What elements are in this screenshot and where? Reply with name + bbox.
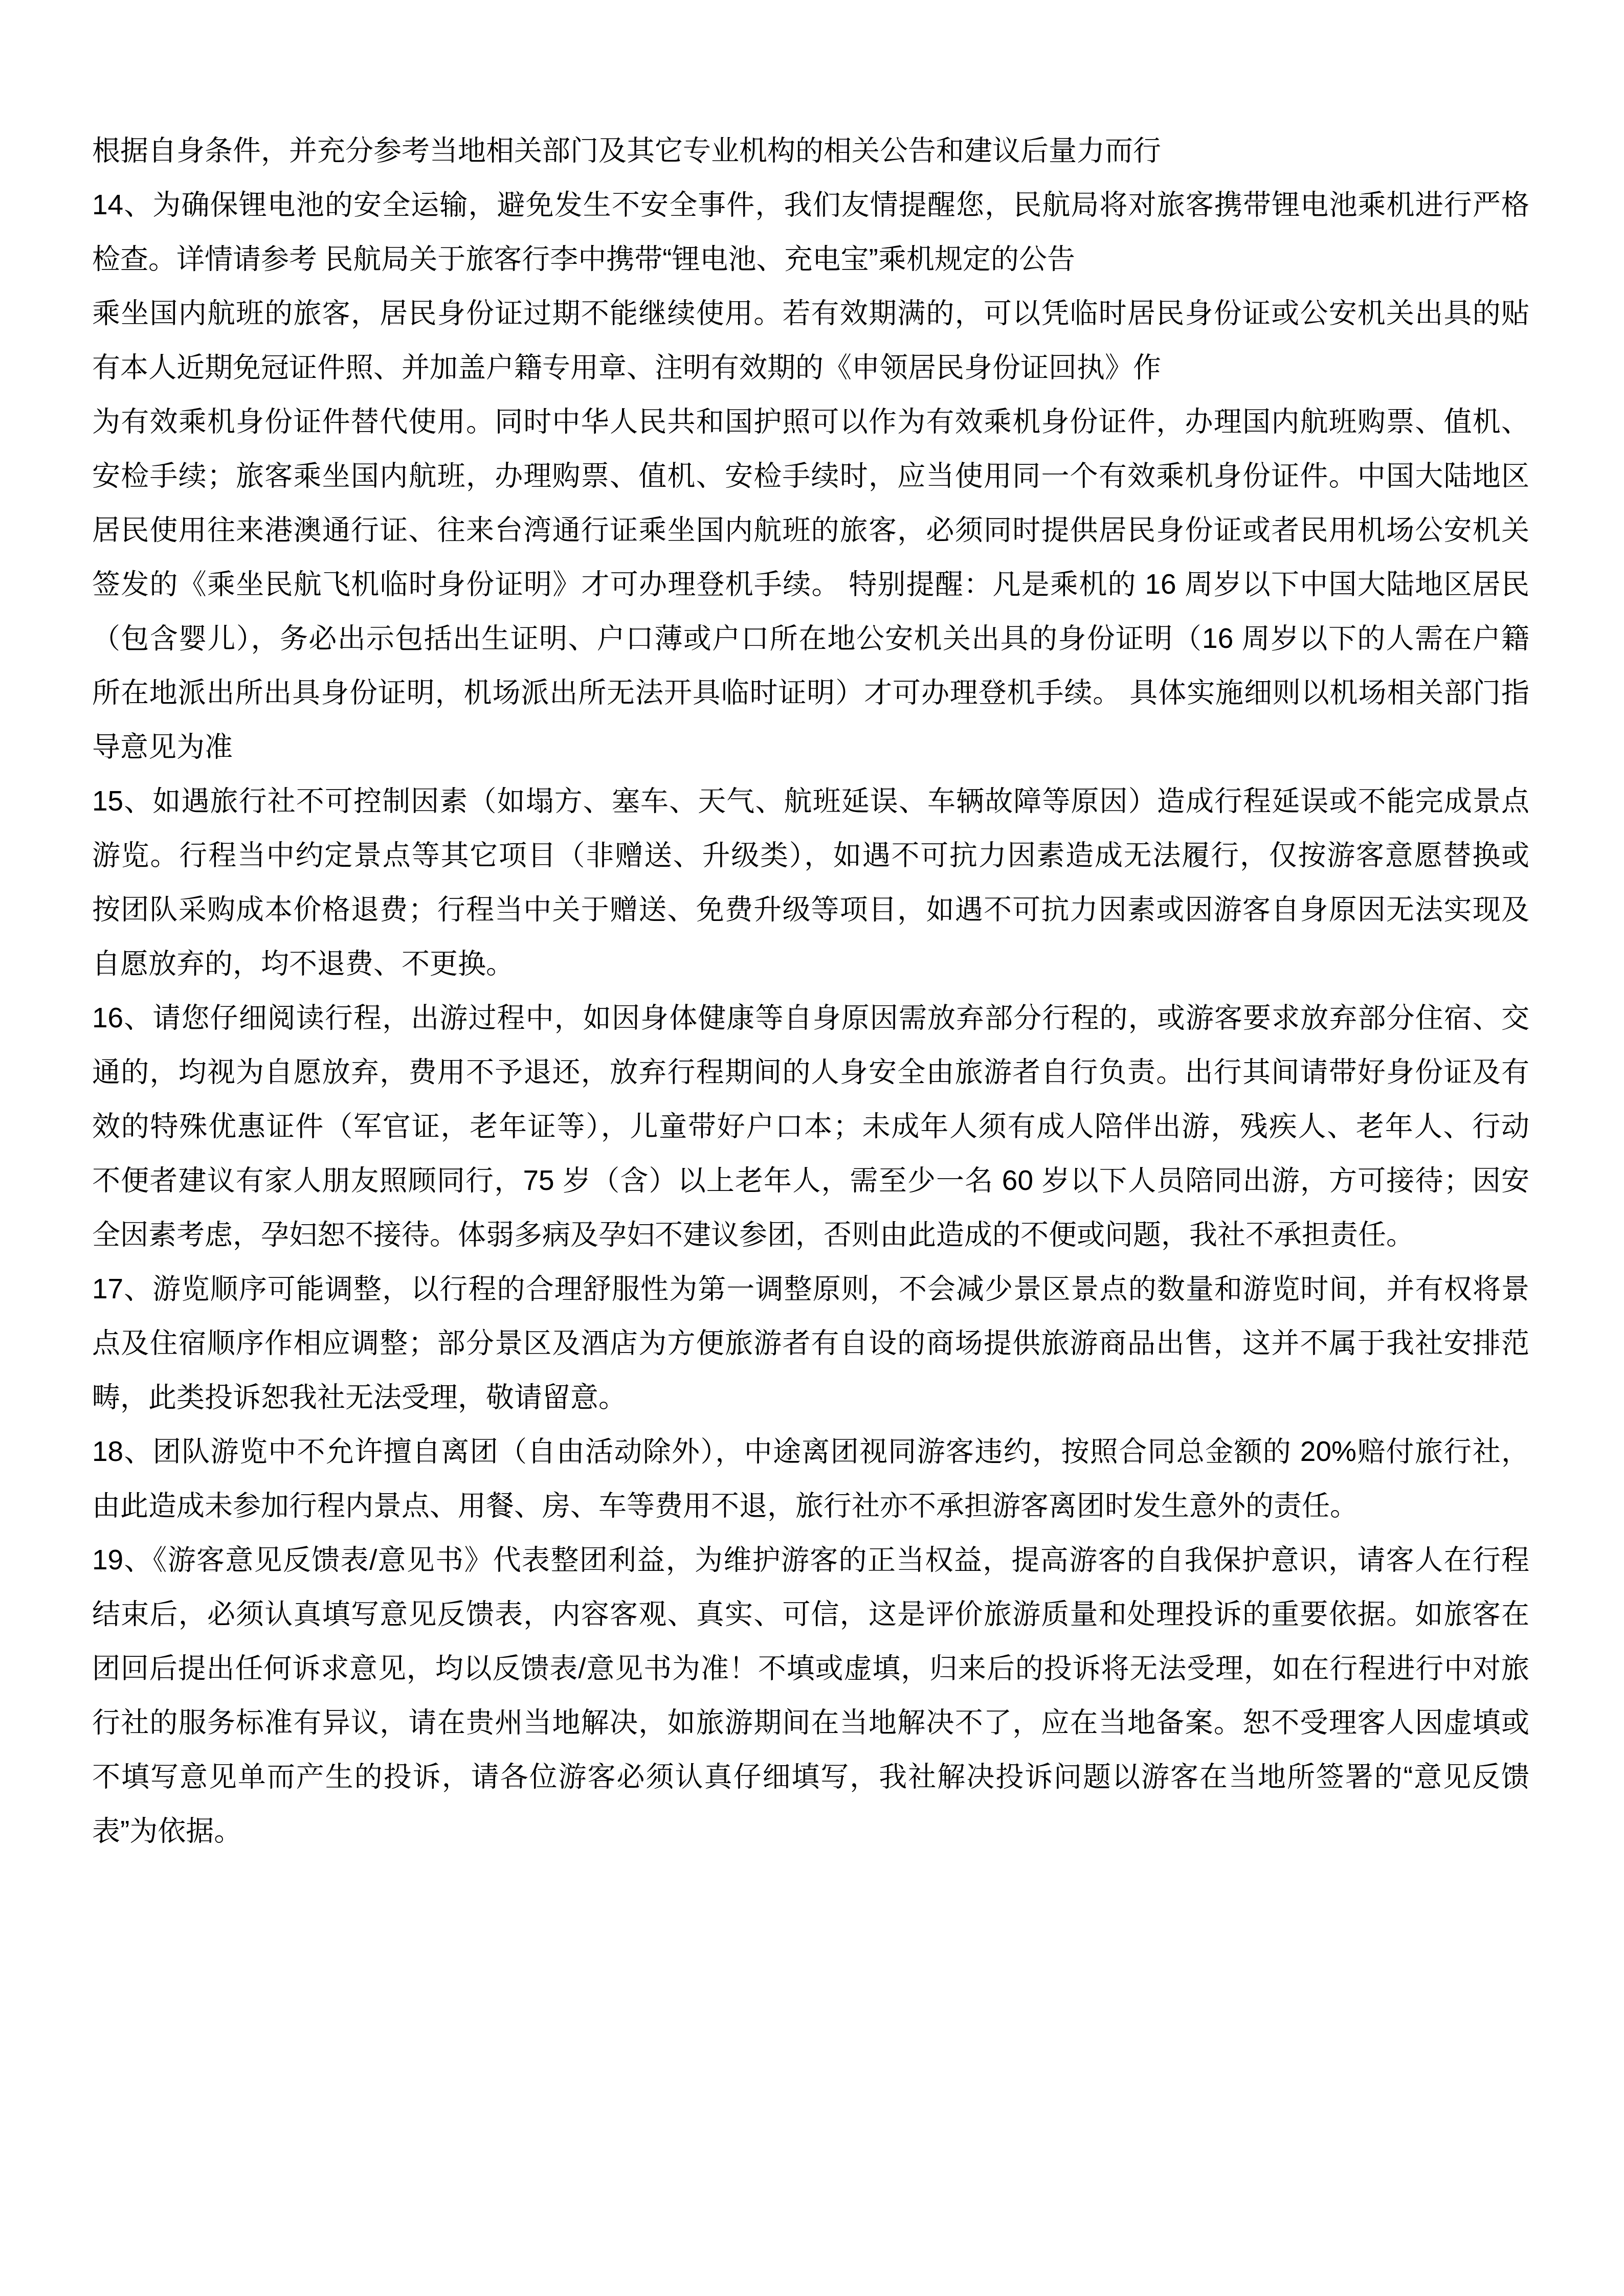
text-line: 效的特殊优惠证件（军官证，老年证等），儿童带好户口本；未成年人须有成人陪伴出游，… [92, 1099, 1529, 1153]
text-line: 按团队采购成本价格退费；行程当中关于赠送、免费升级等项目，如遇不可抗力因素或因游… [92, 882, 1529, 936]
text-line: 表”为依据。 [92, 1804, 1529, 1858]
text-line: 乘坐国内航班的旅客，居民身份证过期不能继续使用。若有效期满的，可以凭临时居民身份… [92, 286, 1529, 340]
text-line: 点及住宿顺序作相应调整；部分景区及酒店为方便旅游者有自设的商场提供旅游商品出售，… [92, 1316, 1529, 1370]
text-line: 由此造成未参加行程内景点、用餐、房、车等费用不退，旅行社亦不承担游客离团时发生意… [92, 1478, 1529, 1533]
text-line: 畴，此类投诉恕我社无法受理，敬请留意。 [92, 1370, 1529, 1424]
text-line: 不填写意见单而产生的投诉，请各位游客必须认真仔细填写，我社解决投诉问题以游客在当… [92, 1749, 1529, 1804]
text-line: （包含婴儿），务必出示包括出生证明、户口薄或户口所在地公安机关出具的身份证明（1… [92, 611, 1529, 665]
text-line: 不便者建议有家人朋友照顾同行，75 岁（含）以上老年人，需至少一名 60 岁以下… [92, 1153, 1529, 1207]
text-line: 团回后提出任何诉求意见，均以反馈表/意见书为准！不填或虚填，归来后的投诉将无法受… [92, 1641, 1529, 1695]
text-line: 自愿放弃的，均不退费、不更换。 [92, 936, 1529, 991]
text-line: 有本人近期免冠证件照、并加盖户籍专用章、注明有效期的《申领居民身份证回执》作 [92, 340, 1529, 394]
text-line: 17、游览顺序可能调整，以行程的合理舒服性为第一调整原则，不会减少景区景点的数量… [92, 1262, 1529, 1316]
text-line: 行社的服务标准有异议，请在贵州当地解决，如旅游期间在当地解决不了，应在当地备案。… [92, 1695, 1529, 1749]
text-line: 游览。行程当中约定景点等其它项目（非赠送、升级类），如遇不可抗力因素造成无法履行… [92, 828, 1529, 882]
text-line: 签发的《乘坐民航飞机临时身份证明》才可办理登机手续。 特别提醒：凡是乘机的 16… [92, 557, 1529, 611]
text-line: 16、请您仔细阅读行程，出游过程中，如因身体健康等自身原因需放弃部分行程的，或游… [92, 991, 1529, 1045]
text-line: 为有效乘机身份证件替代使用。同时中华人民共和国护照可以作为有效乘机身份证件，办理… [92, 394, 1529, 448]
document-page: 根据自身条件，并充分参考当地相关部门及其它专业机构的相关公告和建议后量力而行 1… [0, 0, 1624, 2296]
text-line: 导意见为准 [92, 719, 1529, 774]
text-line: 检查。详情请参考 民航局关于旅客行李中携带“锂电池、充电宝”乘机规定的公告 [92, 232, 1529, 286]
text-line: 居民使用往来港澳通行证、往来台湾通行证乘坐国内航班的旅客，必须同时提供居民身份证… [92, 503, 1529, 557]
text-line: 通的，均视为自愿放弃，费用不予退还，放弃行程期间的人身安全由旅游者自行负责。出行… [92, 1045, 1529, 1099]
text-line: 19、《游客意见反馈表/意见书》代表整团利益，为维护游客的正当权益，提高游客的自… [92, 1533, 1529, 1587]
document-text: 根据自身条件，并充分参考当地相关部门及其它专业机构的相关公告和建议后量力而行 1… [92, 123, 1529, 1858]
text-line: 全因素考虑，孕妇恕不接待。体弱多病及孕妇不建议参团，否则由此造成的不便或问题，我… [92, 1207, 1529, 1262]
text-line: 安检手续；旅客乘坐国内航班，办理购票、值机、安检手续时，应当使用同一个有效乘机身… [92, 448, 1529, 503]
text-line: 结束后，必须认真填写意见反馈表，内容客观、真实、可信，这是评价旅游质量和处理投诉… [92, 1587, 1529, 1641]
text-line: 18、团队游览中不允许擅自离团（自由活动除外），中途离团视同游客违约，按照合同总… [92, 1424, 1529, 1478]
text-line: 所在地派出所出具身份证明，机场派出所无法开具临时证明）才可办理登机手续。 具体实… [92, 665, 1529, 719]
text-line: 15、如遇旅行社不可控制因素（如塌方、塞车、天气、航班延误、车辆故障等原因）造成… [92, 774, 1529, 828]
text-line: 14、为确保锂电池的安全运输，避免发生不安全事件，我们友情提醒您，民航局将对旅客… [92, 177, 1529, 232]
text-line: 根据自身条件，并充分参考当地相关部门及其它专业机构的相关公告和建议后量力而行 [92, 123, 1529, 177]
